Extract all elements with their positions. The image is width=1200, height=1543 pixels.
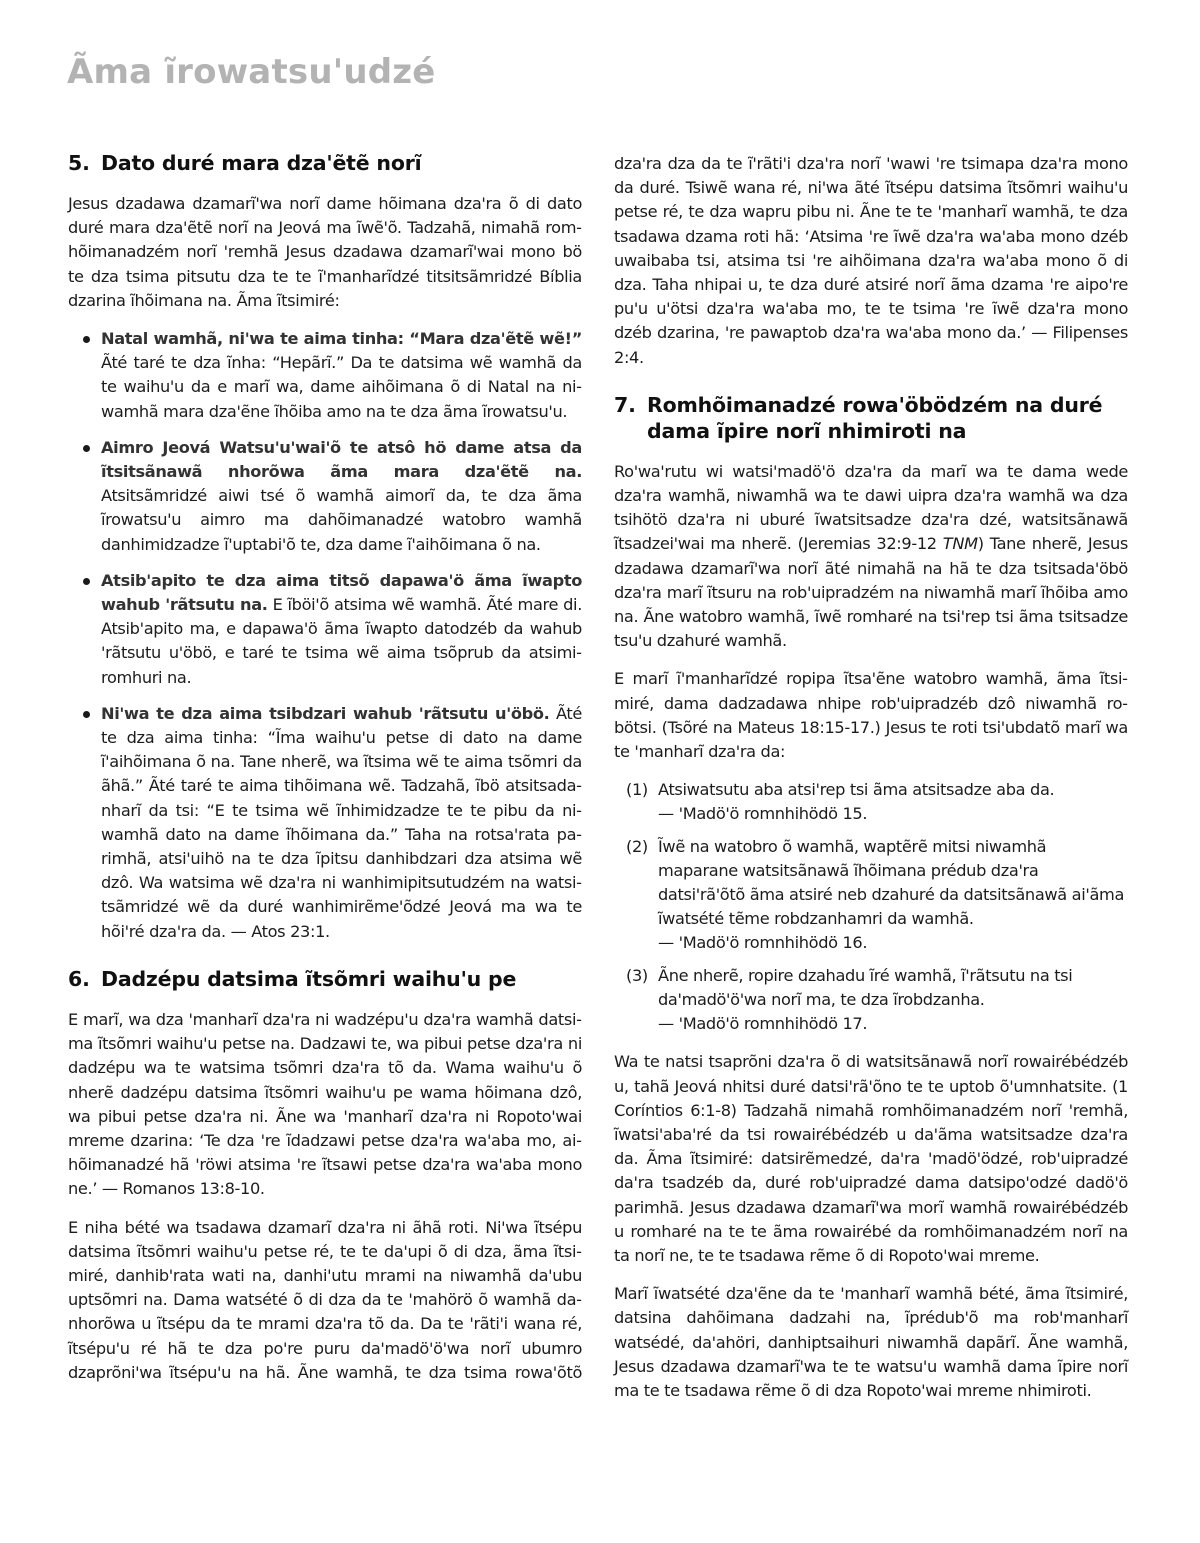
step-reference: — 'Madö'ö romnhihödö 17. <box>658 1012 1128 1036</box>
bullet-dot-icon <box>83 336 90 343</box>
bullet-lead: Ni'wa te dza aima tsibdzari wahub 'rãtsu… <box>101 704 549 723</box>
bullet-item: Atsib'apito te dza aima titsõ dapawa'ö ã… <box>101 569 582 690</box>
bullet-text: Atsitsãmridzé aiwi tsé õ wamhã aimorĩ da… <box>101 486 582 553</box>
step-item: (1) Atsiwatsutu aba atsi'rep tsi ãma ats… <box>626 778 1128 826</box>
step-item: (3) Ãne nherẽ, ropire dzahadu ĩré wamhã,… <box>626 964 1128 1037</box>
page-title: Ãma ĩrowatsu'udzé <box>67 52 436 92</box>
step-reference: — 'Madö'ö romnhihödö 16. <box>658 931 1128 955</box>
section-number: 6. <box>68 966 101 992</box>
left-column: 5. Dato duré mara dza'ẽtẽ norĩ Jesus dza… <box>68 150 582 1399</box>
step-text: Atsiwatsutu aba atsi'rep tsi ãma atsitsa… <box>658 780 1054 799</box>
section-6-paragraph-continued: E niha bété wa tsadawa dzamarĩ dza'ra ni… <box>68 1216 582 1385</box>
step-text: Ãne nherẽ, ropire dzahadu ĩré wamhã, ĩ'r… <box>658 966 1072 1009</box>
section-5-intro: Jesus dzadawa dzamarĩ'wa norĩ dame hõima… <box>68 192 582 313</box>
bullet-text: Ãté taré te dza ĩnha: “Hepãrĩ.” Da te da… <box>101 353 582 420</box>
section-5: 5. Dato duré mara dza'ẽtẽ norĩ Jesus dza… <box>68 150 582 944</box>
bullet-dot-icon <box>83 578 90 585</box>
step-number: (1) <box>626 778 658 826</box>
bullet-item: Natal wamhã, ni'wa te aima tinha: “Mara … <box>101 327 582 424</box>
bullet-item: Ni'wa te dza aima tsibdzari wahub 'rãtsu… <box>101 702 582 944</box>
bullet-text: Ãté te dza aima tinha: “Ĩma waihu'u pets… <box>101 704 582 941</box>
bullet-lead: Aimro Jeová Watsu'u'wai'õ te atsô hö dam… <box>101 438 582 481</box>
section-7-steps: (1) Atsiwatsutu aba atsi'rep tsi ãma ats… <box>614 778 1128 1036</box>
section-7-paragraph-3: Wa te natsi tsaprõni dza'ra õ di watsits… <box>614 1050 1128 1268</box>
bullet-item: Aimro Jeová Watsu'u'wai'õ te atsô hö dam… <box>101 436 582 557</box>
section-6-paragraph-continuation: dza'ra dza da te ĩ'rãti'i dza'ra norĩ 'w… <box>614 152 1128 370</box>
section-6-paragraph: E marĩ, wa dza 'manharĩ dza'ra ni wadzép… <box>68 1008 582 1202</box>
section-title: Dato duré mara dza'ẽtẽ norĩ <box>101 150 582 176</box>
step-number: (2) <box>626 835 658 956</box>
section-number: 5. <box>68 150 101 176</box>
section-title: Dadzépu datsima ĩtsõmri waihu'u pe <box>101 966 582 992</box>
section-6: 6. Dadzépu datsima ĩtsõmri waihu'u pe E … <box>68 966 582 1385</box>
bullet-dot-icon <box>83 711 90 718</box>
section-title: Romhõimanadzé rowa'öbödzém na duré dama … <box>647 392 1128 444</box>
bullet-dot-icon <box>83 445 90 452</box>
step-number: (3) <box>626 964 658 1037</box>
step-text: Ĩwẽ na watobro õ wamhã, waptẽrẽ mitsi ni… <box>658 837 1124 929</box>
section-7-heading: 7. Romhõimanadzé rowa'öbödzém na duré da… <box>614 392 1128 444</box>
step-item: (2) Ĩwẽ na watobro õ wamhã, waptẽrẽ mits… <box>626 835 1128 956</box>
section-7: 7. Romhõimanadzé rowa'öbödzém na duré da… <box>614 392 1128 1403</box>
section-number: 7. <box>614 392 647 444</box>
right-column: dza'ra dza da te ĩ'rãti'i dza'ra norĩ 'w… <box>614 152 1128 1417</box>
section-5-heading: 5. Dato duré mara dza'ẽtẽ norĩ <box>68 150 582 176</box>
bible-abbreviation: TNM <box>943 534 978 553</box>
section-6-heading: 6. Dadzépu datsima ĩtsõmri waihu'u pe <box>68 966 582 992</box>
section-7-paragraph-1: Ro'wa'rutu wi watsi'madö'ö dza'ra da mar… <box>614 460 1128 654</box>
section-7-paragraph-4: Marĩ ĩwatsété dza'ẽne da te 'manharĩ wam… <box>614 1282 1128 1403</box>
section-5-bullets: Natal wamhã, ni'wa te aima tinha: “Mara … <box>68 327 582 944</box>
bullet-lead: Natal wamhã, ni'wa te aima tinha: “Mara … <box>101 329 582 348</box>
step-reference: — 'Madö'ö romnhihödö 15. <box>658 802 1128 826</box>
section-7-paragraph-2: E marĩ ĩ'manharĩdzé ropipa ĩtsa'ẽne wato… <box>614 667 1128 764</box>
